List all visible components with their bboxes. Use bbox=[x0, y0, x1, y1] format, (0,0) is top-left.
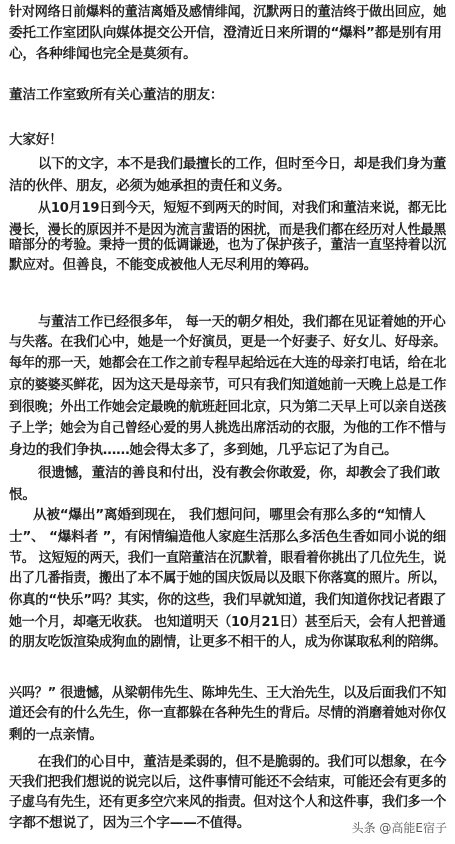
paragraph-line: 从10月19日到今天，短短不到两天的时间，对我们和董洁来说，都无比 bbox=[38, 199, 446, 217]
paragraph-line: 与失落。在我们心中，她是一个好演员，更是一个好妻子、好女儿、好母亲。 bbox=[9, 333, 446, 351]
paragraph-line: 在我们的心目中，董洁是柔弱的，但不是脆弱的。我们可以想象，在今 bbox=[38, 753, 446, 771]
paragraph-line: 子虚乌有先生，还有更多空穴来风的指责。但对这个人和这件事，我们多一个 bbox=[9, 793, 446, 811]
paragraph-line: 默应对。但善良，不能变成被他人无尽利用的筹码。 bbox=[9, 256, 317, 274]
paragraph-line: 剩的一点亲情。 bbox=[9, 726, 103, 744]
letter-greeting: 大家好！ bbox=[9, 131, 63, 149]
paragraph-line: 很遗憾，董洁的善良和付出，没有教会你敢爱，你，却教会了我们敢 bbox=[38, 464, 440, 482]
paragraph-line: 从被“爆出”离婚到现在， 我们想问问，哪里会有那么多的“知情人 bbox=[33, 506, 425, 524]
intro-line: 委托工作室团队向媒体提交公开信，澄清近日来所谓的“爆料”都是别有用 bbox=[9, 24, 442, 42]
paragraph-line: 她一个月，却毫无收获。 也知道明天（10月21日）甚至后天，会有人把普通 bbox=[9, 613, 446, 631]
paragraph-line: 京的婆婆买鲜花，因为这天是母亲节，可只有我们知道她前一天晚上总是工作 bbox=[9, 376, 446, 394]
paragraph-line: 节。 这短短的两天，我们一直陪董洁在沉默着，眼看着你挑出了几位先生，说 bbox=[9, 549, 446, 567]
paragraph-line: 以下的文字，本不是我们最擅长的工作，但时至今日，却是我们身为董 bbox=[38, 155, 446, 173]
paragraph-line: 身边的我们争执……她会得太多了，多到她，几乎忘记了为自己。 bbox=[9, 441, 397, 459]
paragraph-line: 到很晚；外出工作她会定最晚的航班赶回北京，只为第二天早上可以亲自送孩 bbox=[9, 398, 446, 416]
intro-line: 心，各种绯闻也完全是莫须有。 bbox=[9, 45, 197, 63]
paragraph-line: 洁的伙伴、朋友，必须为她承担的责任和义务。 bbox=[9, 177, 290, 195]
paragraph-line: 你真的“快乐”吗？其实，你的这些，我们早就知道，我们知道你找记者跟了 bbox=[9, 591, 446, 609]
paragraph-line: 暗部分的考验。秉持一贯的低调谦逊，也为了保护孩子，董洁一直坚持着以沉 bbox=[9, 236, 446, 254]
source-watermark: 头条 @高能E宿子 bbox=[352, 819, 447, 836]
paragraph-line: 每年的那一天，她都会在工作之前专程早起给远在大连的母亲打电话，给在北 bbox=[9, 354, 446, 372]
paragraph-line: 士”、 “爆料者 ”，有闲情编造他人家庭生活那么多活色生香如同小说的细 bbox=[9, 528, 446, 546]
paragraph-line: 恨。 bbox=[9, 486, 36, 504]
paragraph-line: 子上学；她会为自己曾经心爱的男人挑选出席活动的衣服，为他的工作不惜与 bbox=[9, 419, 446, 437]
paragraph-line: 天我们把我们想说的说完以后，这件事情可能还不会结束，可能还会有更多的 bbox=[9, 773, 446, 791]
intro-line: 针对网络日前爆料的董洁离婚及感情绯闻，沉默两日的董洁终于做出回应，她 bbox=[9, 3, 446, 21]
paragraph-line: 出了几番指责，搬出了本不属于她的国庆饭局以及眼下你落寞的照片。所以， bbox=[9, 569, 446, 587]
letter-salutation: 董洁工作室致所有关心董洁的朋友： bbox=[9, 86, 223, 104]
paragraph-line: 的朋友吃饭渲染成狗血的剧情，让更多不相干的人，成为你谋取私利的陪绑。 bbox=[9, 633, 446, 651]
paragraph-line: 字都不想说了，因为三个字——不值得。 bbox=[9, 814, 250, 832]
paragraph-line: 与董洁工作已经很多年， 每一天的朝夕相处，我们都在见证着她的开心 bbox=[38, 313, 446, 331]
paragraph-line: 道还会有的什么先生，你一直都躲在各种先生的背后。尽情的消磨着她对你仅 bbox=[9, 704, 446, 722]
paragraph-line: 兴吗？” 很遗憾，从梁朝伟先生、陈坤先生、王大治先生，以及后面我们不知 bbox=[9, 684, 446, 702]
